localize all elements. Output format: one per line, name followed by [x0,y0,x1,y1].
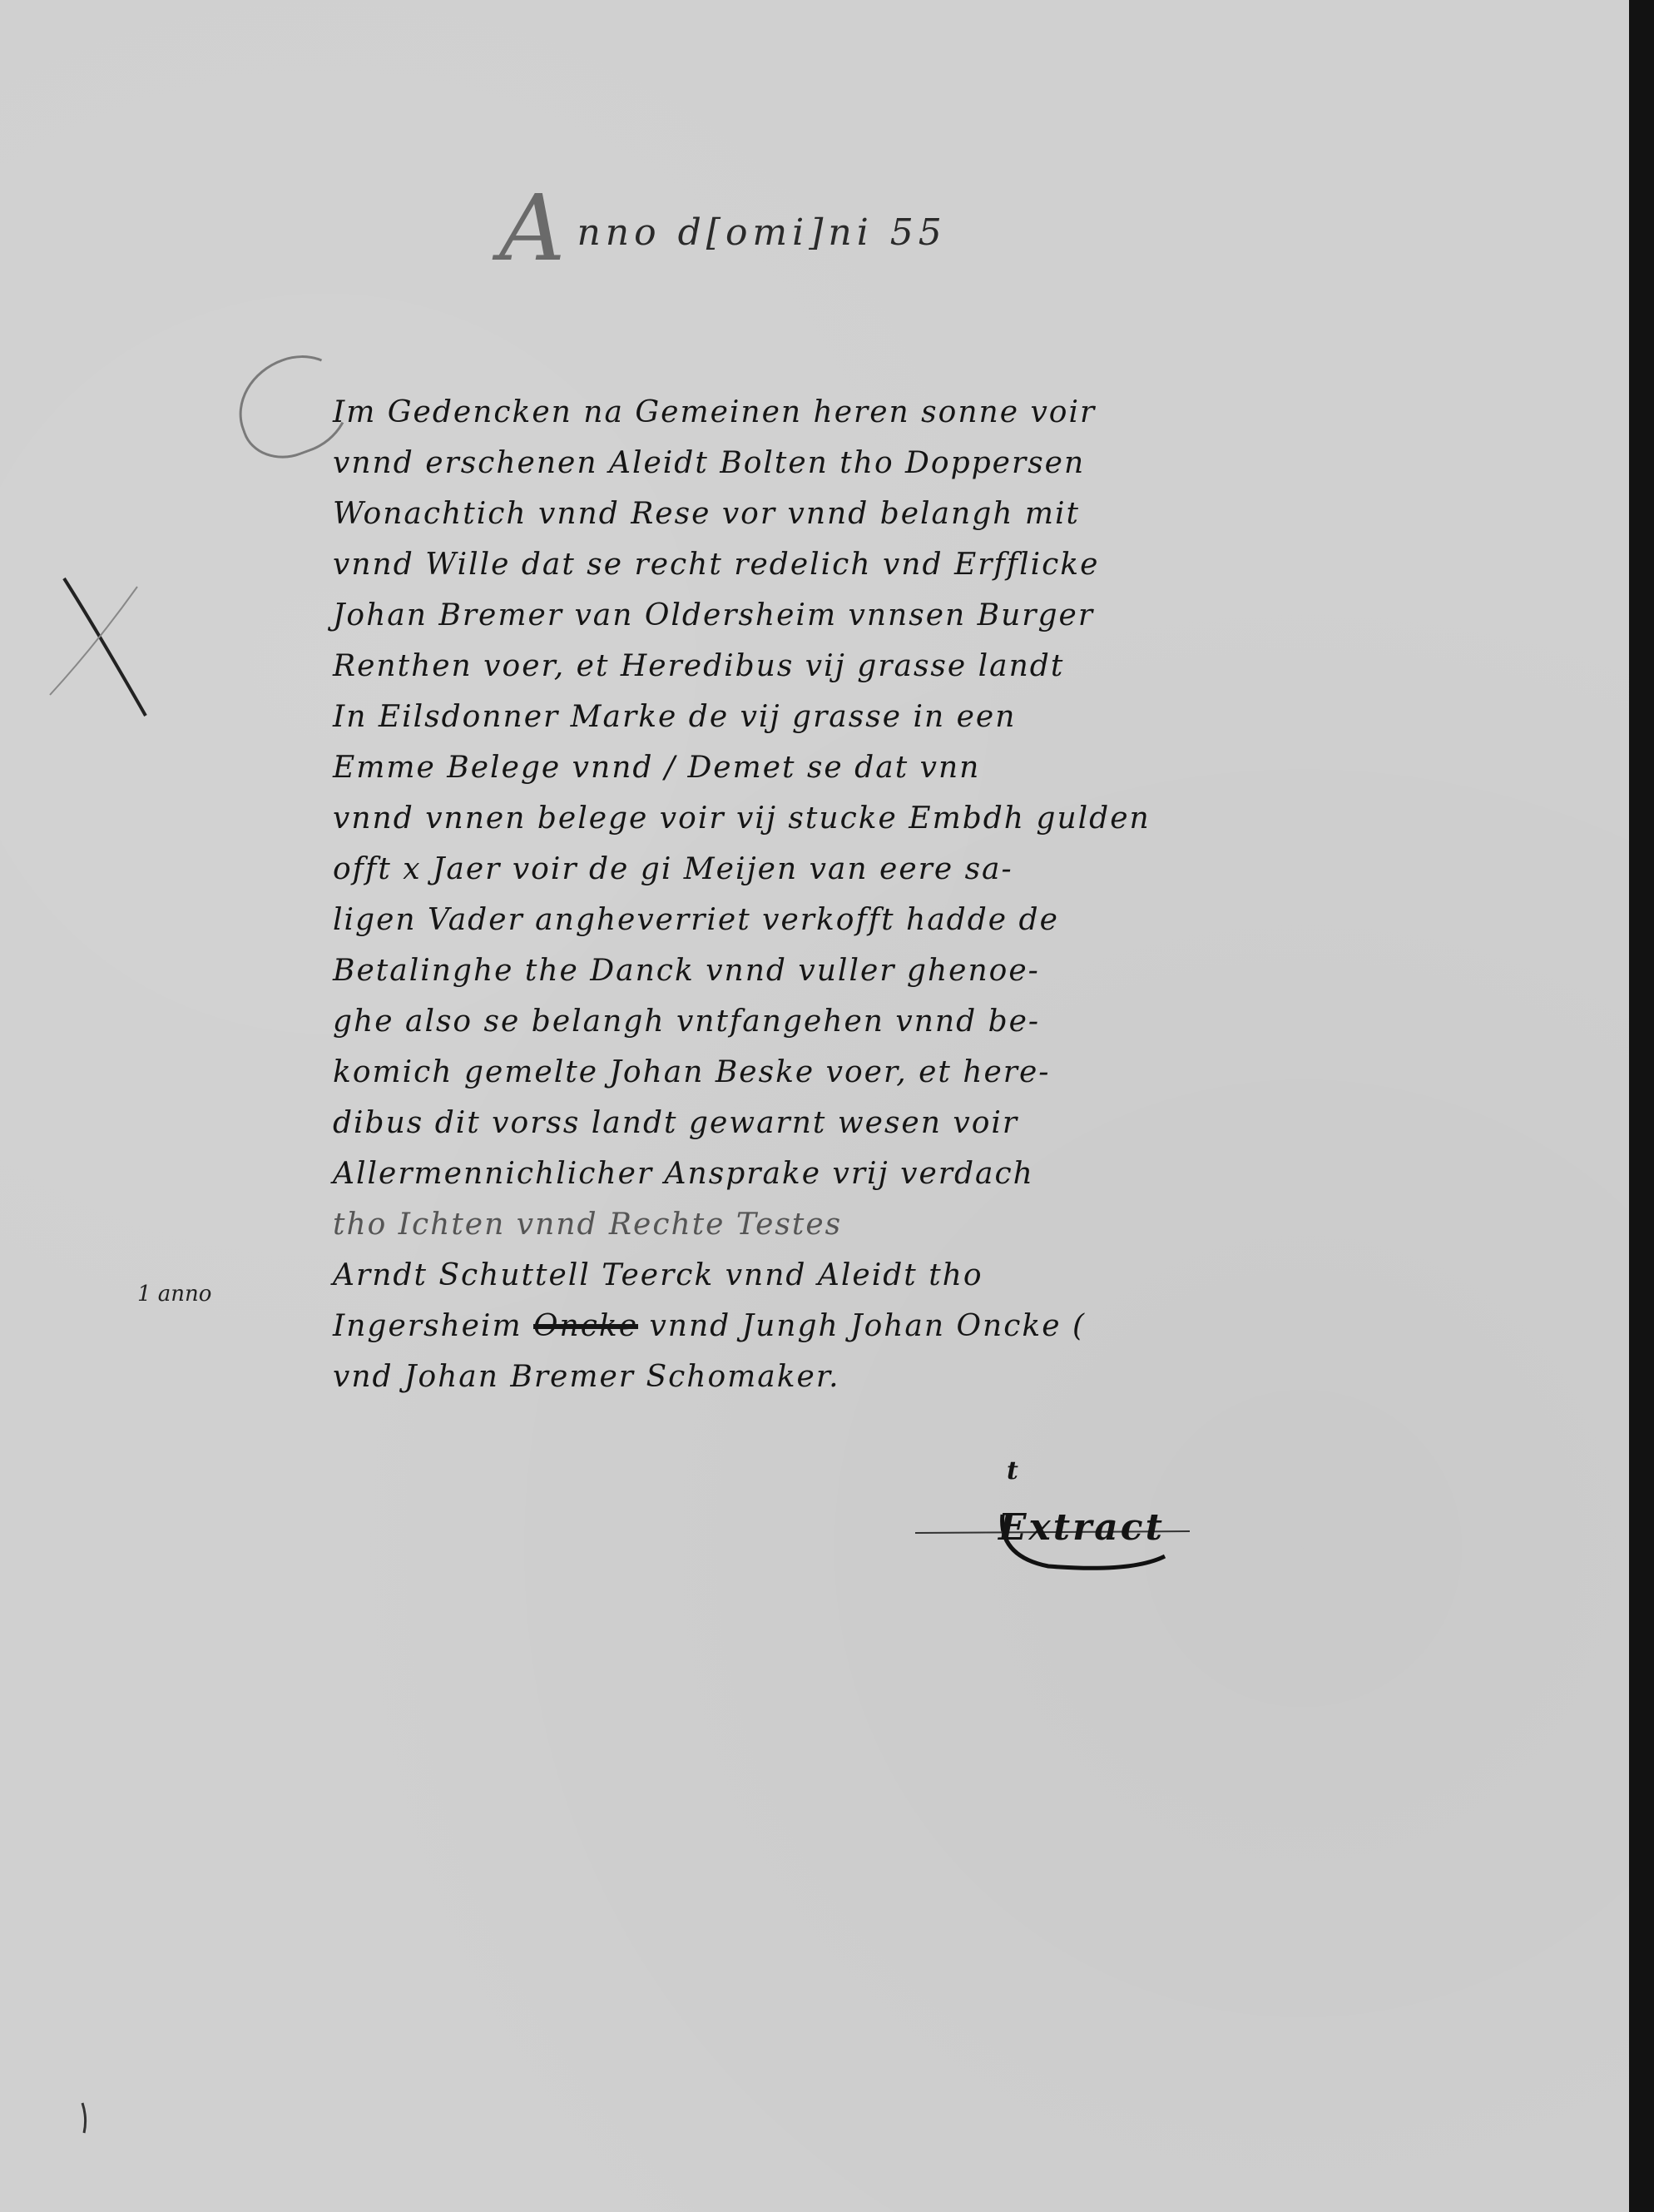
text-line: vnnd erschenen Aleidt Bolten tho Doppers… [333,438,1564,489]
text-line: dibus dit vorss landt gewarnt wesen voir [333,1098,1564,1148]
signature-extract: t Extract [915,1456,1215,1573]
text-line: Arndt Schuttell Teerck vnnd Aleidt tho [333,1250,1564,1301]
document-page: Anno d[omi]ni 55 Im Gedencken na Gemeine… [0,0,1629,2212]
heading-text: nno d[omi]ni 55 [577,211,946,254]
margin-cross-mark [46,553,154,720]
margin-note: 1 anno [137,1282,211,1307]
text-line: tho Ichten vnnd Rechte Testes [333,1199,1564,1250]
stray-mark-icon [79,2101,91,2135]
text-line: Renthen voer, et Heredibus vij grasse la… [333,641,1564,692]
text-line: Wonachtich vnnd Rese vor vnnd belangh mi… [333,489,1564,539]
scan-edge-border [1629,0,1654,2212]
signature-word: Extract [998,1506,1165,1549]
text-line: vnd Johan Bremer Schomaker. [333,1352,1564,1402]
line-part: vnnd Jungh Johan Oncke ( [638,1309,1086,1343]
text-line: vnnd vnnen belege voir vij stucke Embdh … [333,793,1564,844]
line-part: Ingersheim [333,1309,533,1343]
text-line: Emme Belege vnnd / Demet se dat vnn [333,742,1564,793]
document-heading: Anno d[omi]ni 55 [499,175,947,281]
signature-superscript: t [1007,1456,1018,1485]
text-line: Allermennichlicher Ansprake vrij verdach [333,1148,1564,1199]
document-body: Im Gedencken na Gemeinen heren sonne voi… [333,387,1564,1402]
text-line: komich gemelte Johan Beske voer, et here… [333,1047,1564,1098]
text-line: ligen Vader angheverriet verkofft hadde … [333,895,1564,945]
text-line: Johan Bremer van Oldersheim vnnsen Burge… [333,590,1564,641]
text-line: Im Gedencken na Gemeinen heren sonne voi… [333,387,1564,438]
struck-word: Oncke [533,1309,638,1343]
text-line: offt x Jaer voir de gi Meijen van eere s… [333,844,1564,895]
text-line: Betalinghe the Danck vnnd vuller ghenoe- [333,945,1564,996]
text-line: In Eilsdonner Marke de vij grasse in een [333,692,1564,742]
text-line: vnnd Wille dat se recht redelich vnd Erf… [333,539,1564,590]
heading-initial: A [499,175,570,281]
text-line: ghe also se belangh vntfangehen vnnd be- [333,996,1564,1047]
text-line-with-strikeout: Ingersheim Oncke vnnd Jungh Johan Oncke … [333,1301,1564,1352]
